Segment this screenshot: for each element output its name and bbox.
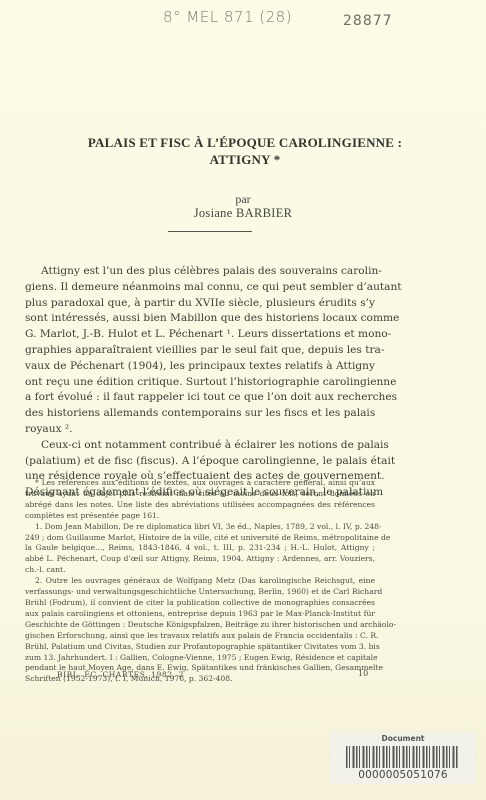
- journal-signature: BIBL. ÉC. CHARTES. 1982. 2: [57, 670, 184, 679]
- body-line: des historiens allemands contemporains s…: [25, 406, 375, 422]
- barcode-title: Document: [330, 734, 476, 743]
- scanned-page: 8° MEL 871 (28) 28877 PALAIS ET FISC À L…: [0, 0, 486, 800]
- footnote-line: complètes est présentée page 161.: [25, 511, 375, 522]
- gathering-number: 10: [358, 669, 368, 678]
- handwritten-shelfmark: 8° MEL 871 (28): [163, 8, 292, 26]
- footnote-line: la Gaule belgique..., Reims, 1843-1846, …: [25, 543, 375, 554]
- footnote-line: verfassungs- und verwaltungsgeschichtlic…: [25, 587, 375, 598]
- footnote-line: abrégé dans les notes. Une liste des abr…: [25, 500, 375, 511]
- body-line: graphies apparaîtraient vieillies par le…: [25, 343, 375, 359]
- footnote-line: abbé L. Péchenart, Coup d’œil sur Attign…: [25, 554, 375, 565]
- barcode-label: Document 0000005051076: [330, 732, 476, 784]
- footnote-line: zum 13. Jahrhundert. I : Gallien, Cologn…: [25, 653, 375, 664]
- title-line-1: PALAIS ET FISC À L’ÉPOQUE CAROLINGIENNE …: [60, 134, 430, 151]
- body-line: plus paradoxal que, à partir du XVIIe si…: [25, 296, 375, 312]
- footnote-line: aux palais carolingiens et ottoniens, en…: [25, 609, 375, 620]
- body-line: sont intéressés, aussi bien Mabillon que…: [25, 311, 375, 327]
- footnote-line: gischen Erforschung, ainsi que les trava…: [25, 631, 375, 642]
- article-title: PALAIS ET FISC À L’ÉPOQUE CAROLINGIENNE …: [60, 134, 430, 168]
- body-line: G. Marlot, J.-B. Hulot et L. Péchenart ¹…: [25, 327, 375, 343]
- footnote-line: ch.-l. cant.: [25, 565, 375, 576]
- body-line: Attigny est l’un des plus célèbres palai…: [25, 264, 375, 280]
- by-label: par: [0, 192, 486, 207]
- author-name: Josiane BARBIER: [0, 206, 486, 221]
- barcode-icon: [346, 746, 458, 768]
- footnote-line: 2. Outre les ouvrages généraux de Wolfga…: [25, 576, 375, 587]
- footnote-line: 1. Dom Jean Mabillon, De re diplomatica …: [25, 522, 375, 533]
- footnote-line: travaux ayant un objet plus restreint ma…: [25, 489, 375, 500]
- barcode-number: 0000005051076: [330, 769, 476, 781]
- footnotes: * Les références aux éditions de textes,…: [25, 478, 375, 685]
- body-line: royaux ².: [25, 422, 375, 438]
- title-line-2: ATTIGNY *: [60, 151, 430, 168]
- footnote-line: * Les références aux éditions de textes,…: [25, 478, 375, 489]
- separator-rule: [168, 231, 252, 232]
- body-line: Ceux-ci ont notamment contribué à éclair…: [25, 438, 375, 454]
- footnote-line: Brühl, Palatium und Civitas, Studien zur…: [25, 642, 375, 653]
- footnote-line: Brühl (Fodrum), il convient de citer la …: [25, 598, 375, 609]
- footnote-line: Geschichte de Göttingen : Deutsche König…: [25, 620, 375, 631]
- body-line: a fort évolué : il faut rappeler ici tou…: [25, 390, 375, 406]
- body-line: vaux de Péchenart (1904), les principaux…: [25, 359, 375, 375]
- footnote-line: 249 ; dom Guillaume Marlot, Histoire de …: [25, 533, 375, 544]
- body-text: Attigny est l’un des plus célèbres palai…: [25, 264, 375, 501]
- body-line: giens. Il demeure néanmoins mal connu, c…: [25, 280, 375, 296]
- handwritten-accession-number: 28877: [343, 13, 393, 29]
- body-line: (palatium) et de fisc (fiscus). A l’époq…: [25, 454, 375, 470]
- body-line: ont reçu une édition critique. Surtout l…: [25, 375, 375, 391]
